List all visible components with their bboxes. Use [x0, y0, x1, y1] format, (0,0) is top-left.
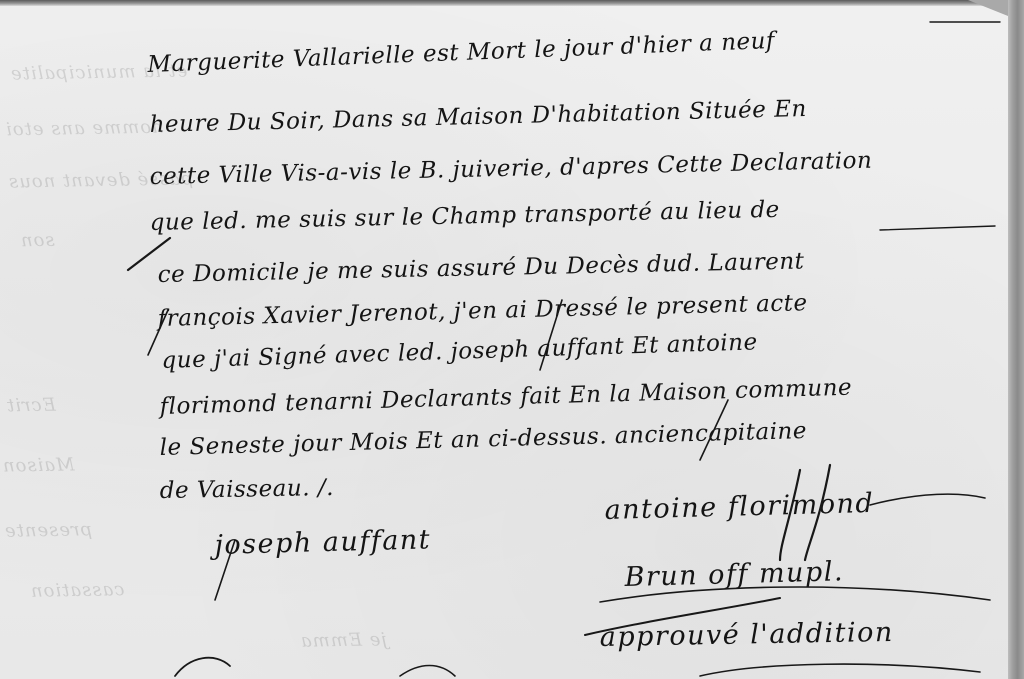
body-line-10: de Vaisseau. /. [160, 475, 335, 504]
body-line-1: Marguerite Vallarielle est Mort le jour … [147, 28, 775, 78]
signature-joseph-auffant: joseph auffant [214, 524, 431, 561]
body-line-2: heure Du Soir, Dans sa Maison D'habitati… [149, 96, 807, 138]
bleed-through-line: presente [4, 519, 93, 542]
approval-annotation: approuvé l'addition [599, 617, 894, 653]
bleed-through-line: son [20, 230, 55, 252]
body-line-8: florimond tenarni Declarants fait En la … [159, 375, 852, 420]
body-line-5: ce Domicile je me suis assuré Du Decès d… [157, 248, 804, 288]
bleed-through-line: nomme ans etoi [5, 117, 164, 141]
page-top-edge [0, 0, 1024, 6]
bleed-through-line: Maison [2, 454, 75, 476]
body-line-3: cette Ville Vis-a-vis le B. juiverie, d'… [149, 148, 872, 190]
body-line-6: françois Xavier Jerenot, j'en ai Dressé … [157, 290, 807, 332]
bleed-through-line: je Emma [300, 629, 387, 652]
signature-antoine-florimond: antoine florimond [604, 488, 874, 526]
register-page: et la municipalite nomme ans etoi passé … [0, 0, 1024, 679]
body-line-4: que led. me suis sur le Champ transporté… [149, 197, 780, 236]
bleed-through-line: cassation [30, 579, 125, 602]
bleed-through-line: Ecrit [6, 395, 56, 417]
body-line-7: que j'ai Signé avec led. joseph auffant … [161, 329, 758, 374]
signature-brun-officier: Brun off mupl. [624, 556, 844, 593]
folded-corner [968, 0, 1008, 16]
page-binding-edge [1008, 0, 1024, 679]
body-line-9: le Seneste jour Mois Et an ci-dessus. an… [159, 418, 807, 461]
